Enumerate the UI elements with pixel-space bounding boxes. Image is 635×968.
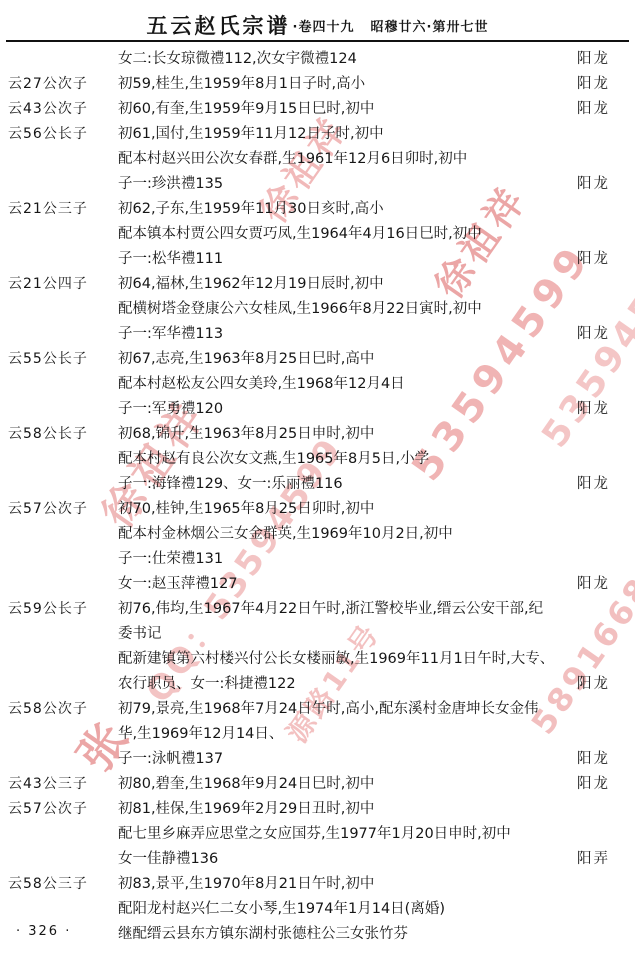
entry-text-line: 初61,国付,生1959年11月12日子时,初中 bbox=[118, 122, 577, 147]
entry-text-line: 初67,志亮,生1963年8月25日巳时,高中 bbox=[118, 347, 577, 372]
lineage-label: 云21公四子 bbox=[0, 272, 118, 297]
entry-text-line: 初62,子东,生1959年11月30日亥时,高小 bbox=[118, 197, 577, 222]
entry-text-line: 配本村赵兴田公次女春群,生1961年12月6日卯时,初中 bbox=[118, 147, 577, 172]
entry-text-line: 配本村赵松友公四女美玲,生1968年12月4日 bbox=[118, 372, 577, 397]
place-tag: 阳龙 bbox=[577, 472, 635, 497]
entry-text-line: 初81,桂保,生1969年2月29日丑时,初中 bbox=[118, 797, 577, 822]
entry-row: 云27公次子初59,桂生,生1959年8月1日子时,高小阳龙 bbox=[0, 72, 635, 97]
entry-row: 云57公次子初81,桂保,生1969年2月29日丑时,初中配七里乡麻弄应思堂之女… bbox=[0, 797, 635, 872]
place-tag: 阳龙 bbox=[577, 247, 635, 272]
entry-text-line: 初76,伟均,生1967年4月22日午时,浙江警校毕业,缙云公安干部,纪 bbox=[118, 597, 577, 622]
entry-text-line: 初59,桂生,生1959年8月1日子时,高小 bbox=[118, 72, 577, 97]
lineage-label: 云58公长子 bbox=[0, 422, 118, 447]
lineage-label: 云43公三子 bbox=[0, 772, 118, 797]
place-tag-column: 阳龙 bbox=[577, 122, 635, 197]
place-tag: 阳龙 bbox=[577, 397, 635, 422]
lineage-label: 云58公三子 bbox=[0, 872, 118, 897]
entry-lines: 初79,景亮,生1968年7月24日午时,高小,配东溪村金唐坤长女金伟华,生19… bbox=[118, 697, 577, 772]
entries: 女二:长女琼微禮112,次女宇微禮124阳龙云27公次子初59,桂生,生1959… bbox=[0, 47, 635, 947]
entry-lines: 初80,碧奎,生1968年9月24日巳时,初中 bbox=[118, 772, 577, 797]
entry-row: 云21公三子初62,子东,生1959年11月30日亥时,高小配本镇本村贾公四女贾… bbox=[0, 197, 635, 272]
entry-lines: 初59,桂生,生1959年8月1日子时,高小 bbox=[118, 72, 577, 97]
entry-text-line: 子一:海锋禮129、女一:乐丽禮116 bbox=[118, 472, 577, 497]
entry-text-line: 配阳龙村赵兴仁二女小琴,生1974年1月14日(离婚) bbox=[118, 897, 577, 922]
place-tag: 阳龙 bbox=[577, 72, 635, 97]
lineage-label: 云57公次子 bbox=[0, 797, 118, 822]
lineage-label: 云59公长子 bbox=[0, 597, 118, 622]
place-tag: 阳龙 bbox=[577, 97, 635, 122]
entry-text-line: 配七里乡麻弄应思堂之女应国芬,生1977年1月20日申时,初中 bbox=[118, 822, 577, 847]
entry-row: 云21公四子初64,福林,生1962年12月19日辰时,初中配横树塔金登康公六女… bbox=[0, 272, 635, 347]
entry-text-line: 初79,景亮,生1968年7月24日午时,高小,配东溪村金唐坤长女金伟 bbox=[118, 697, 577, 722]
entry-text-line: 配本村金林烟公三女金群英,生1969年10月2日,初中 bbox=[118, 522, 577, 547]
entry-text-line: 子一:军华禮113 bbox=[118, 322, 577, 347]
entry-text-line: 女一佳静禮136 bbox=[118, 847, 577, 872]
entry-lines: 初67,志亮,生1963年8月25日巳时,高中配本村赵松友公四女美玲,生1968… bbox=[118, 347, 577, 422]
entry-lines: 初76,伟均,生1967年4月22日午时,浙江警校毕业,缙云公安干部,纪委书记配… bbox=[118, 597, 577, 697]
entry-text-line: 初68,锦升,生1963年8月25日申时,初中 bbox=[118, 422, 577, 447]
place-tag: 阳龙 bbox=[577, 322, 635, 347]
entry-text-line: 初64,福林,生1962年12月19日辰时,初中 bbox=[118, 272, 577, 297]
entry-text-line: 子一:泳帆禮137 bbox=[118, 747, 577, 772]
entry-text-line: 委书记 bbox=[118, 622, 577, 647]
place-tag-column: 阳龙 bbox=[577, 422, 635, 497]
place-tag-column: 阳龙 bbox=[577, 72, 635, 97]
place-tag: 阳龙 bbox=[577, 747, 635, 772]
book-title: 五云赵氏宗谱 bbox=[147, 14, 291, 38]
entry-lines: 初64,福林,生1962年12月19日辰时,初中配横树塔金登康公六女桂凤,生19… bbox=[118, 272, 577, 347]
place-tag-column: 阳龙 bbox=[577, 197, 635, 272]
entry-text-line: 配本镇本村贾公四女贾巧凤,生1964年4月16日巳时,初中 bbox=[118, 222, 577, 247]
entry-text-line: 配横树塔金登康公六女桂凤,生1966年8月22日寅时,初中 bbox=[118, 297, 577, 322]
entry-text-line: 配本村赵有良公次女文燕,生1965年8月5日,小学 bbox=[118, 447, 577, 472]
entry-text-line: 初60,有奎,生1959年9月15日巳时,初中 bbox=[118, 97, 577, 122]
entry-text-line: 女二:长女琼微禮112,次女宇微禮124 bbox=[118, 47, 577, 72]
entry-row: 云58公次子初79,景亮,生1968年7月24日午时,高小,配东溪村金唐坤长女金… bbox=[0, 697, 635, 772]
place-tag-column: 阳龙 bbox=[577, 47, 635, 72]
header-divider bbox=[6, 40, 629, 42]
entry-row: 云43公次子初60,有奎,生1959年9月15日巳时,初中阳龙 bbox=[0, 97, 635, 122]
entry-text-line: 华,生1969年12月14日、 bbox=[118, 722, 577, 747]
lineage-label: 云57公次子 bbox=[0, 497, 118, 522]
lineage-label: 云58公次子 bbox=[0, 697, 118, 722]
lineage-label: 云55公长子 bbox=[0, 347, 118, 372]
entry-text-line: 子一:仕荣禮131 bbox=[118, 547, 577, 572]
entry-lines: 初62,子东,生1959年11月30日亥时,高小配本镇本村贾公四女贾巧凤,生19… bbox=[118, 197, 577, 272]
entry-row: 云57公次子初70,桂钟,生1965年8月25日卯时,初中配本村金林烟公三女金群… bbox=[0, 497, 635, 597]
entry-text-line: 子一:松华禮111 bbox=[118, 247, 577, 272]
entry-lines: 初70,桂钟,生1965年8月25日卯时,初中配本村金林烟公三女金群英,生196… bbox=[118, 497, 577, 597]
genealogy-page: 徐祖祥53594599徐祖祥53594599徐祖祥QQ：53594599源路11… bbox=[0, 0, 635, 968]
page-number: · 326 · bbox=[16, 924, 71, 939]
entry-text-line: 配新建镇第六村楼兴付公长女楼丽敏,生1969年11月1日午时,大专、 bbox=[118, 647, 577, 672]
place-tag-column: 阳龙 bbox=[577, 97, 635, 122]
entry-text-line: 子一:军勇禮120 bbox=[118, 397, 577, 422]
entry-row: 女二:长女琼微禮112,次女宇微禮124阳龙 bbox=[0, 47, 635, 72]
entry-row: 云55公长子初67,志亮,生1963年8月25日巳时,高中配本村赵松友公四女美玲… bbox=[0, 347, 635, 422]
volume-label: ·卷四十九 bbox=[293, 20, 355, 35]
place-tag-column: 阳龙 bbox=[577, 497, 635, 597]
entry-text-line: 继配缙云县东方镇东湖村张德柱公三女张竹芬 bbox=[118, 922, 577, 947]
entry-text-line: 初70,桂钟,生1965年8月25日卯时,初中 bbox=[118, 497, 577, 522]
entry-row: 云59公长子初76,伟均,生1967年4月22日午时,浙江警校毕业,缙云公安干部… bbox=[0, 597, 635, 697]
place-tag-column: 阳龙 bbox=[577, 347, 635, 422]
lineage-label: 云21公三子 bbox=[0, 197, 118, 222]
entry-lines: 初83,景平,生1970年8月21日午时,初中配阳龙村赵兴仁二女小琴,生1974… bbox=[118, 872, 577, 947]
entry-row: 云58公长子初68,锦升,生1963年8月25日申时,初中配本村赵有良公次女文燕… bbox=[0, 422, 635, 497]
place-tag-column: 阳龙 bbox=[577, 597, 635, 697]
lineage-label: 云56公长子 bbox=[0, 122, 118, 147]
entry-lines: 初68,锦升,生1963年8月25日申时,初中配本村赵有良公次女文燕,生1965… bbox=[118, 422, 577, 497]
place-tag: 阳龙 bbox=[577, 172, 635, 197]
entry-lines: 女二:长女琼微禮112,次女宇微禮124 bbox=[118, 47, 577, 72]
place-tag-column: 阳龙 bbox=[577, 697, 635, 772]
entry-text-line: 初80,碧奎,生1968年9月24日巳时,初中 bbox=[118, 772, 577, 797]
entry-lines: 初61,国付,生1959年11月12日子时,初中配本村赵兴田公次女春群,生196… bbox=[118, 122, 577, 197]
entry-lines: 初60,有奎,生1959年9月15日巳时,初中 bbox=[118, 97, 577, 122]
entry-text-line: 女一:赵玉萍禮127 bbox=[118, 572, 577, 597]
lineage-label: 云43公次子 bbox=[0, 97, 118, 122]
entry-text-line: 初83,景平,生1970年8月21日午时,初中 bbox=[118, 872, 577, 897]
place-tag: 阳弄 bbox=[577, 847, 635, 872]
lineage-label: 云27公次子 bbox=[0, 72, 118, 97]
entry-lines: 初81,桂保,生1969年2月29日丑时,初中配七里乡麻弄应思堂之女应国芬,生1… bbox=[118, 797, 577, 872]
entry-text-line: 子一:珍洪禮135 bbox=[118, 172, 577, 197]
entry-row: 云56公长子初61,国付,生1959年11月12日子时,初中配本村赵兴田公次女春… bbox=[0, 122, 635, 197]
entry-row: 云58公三子初83,景平,生1970年8月21日午时,初中配阳龙村赵兴仁二女小琴… bbox=[0, 872, 635, 947]
entry-row: 云43公三子初80,碧奎,生1968年9月24日巳时,初中阳龙 bbox=[0, 772, 635, 797]
place-tag-column: 阳弄 bbox=[577, 797, 635, 872]
place-tag: 阳龙 bbox=[577, 672, 635, 697]
page-header: 五云赵氏宗谱·卷四十九昭穆廿六·第卅七世 bbox=[0, 10, 635, 40]
entry-text-line: 农行职员、女一:科捷禮122 bbox=[118, 672, 577, 697]
edition-label: 昭穆廿六·第卅七世 bbox=[371, 20, 489, 35]
place-tag-column: 阳龙 bbox=[577, 272, 635, 347]
place-tag: 阳龙 bbox=[577, 572, 635, 597]
place-tag: 阳龙 bbox=[577, 772, 635, 797]
place-tag-column: 阳龙 bbox=[577, 772, 635, 797]
place-tag: 阳龙 bbox=[577, 47, 635, 72]
